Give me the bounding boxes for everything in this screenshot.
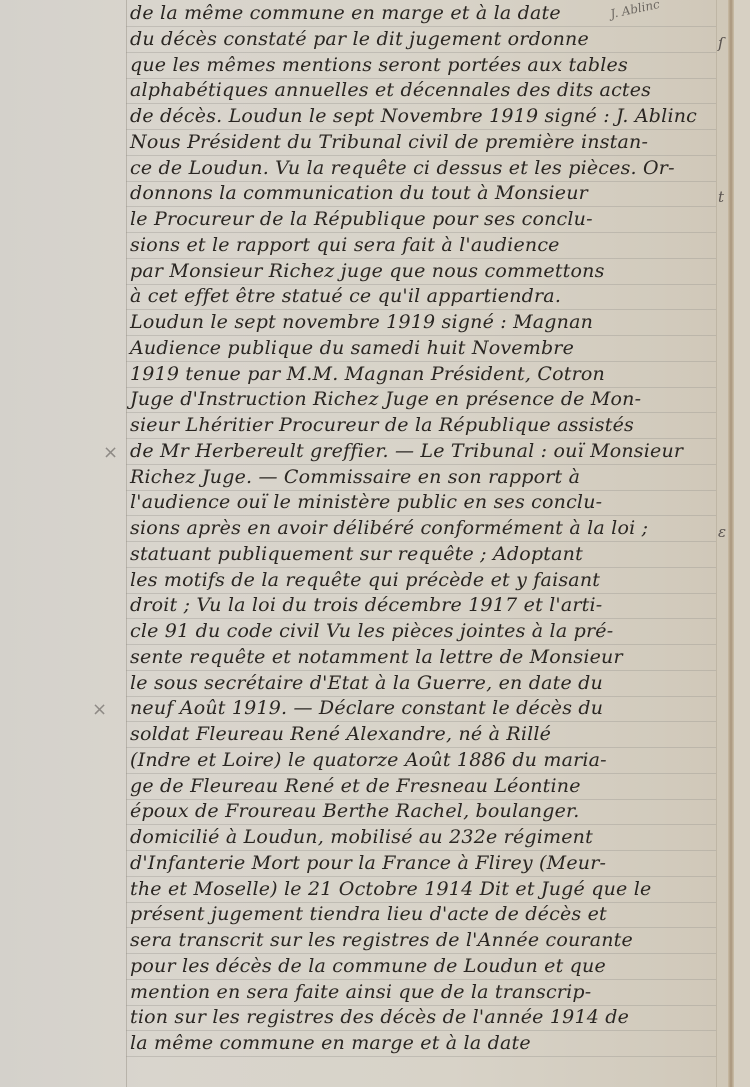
text-line: d'Infanterie Mort pour la France à Flire… — [130, 852, 606, 874]
top-annotation: J. Ablinc — [609, 0, 661, 21]
text-line: présent jugement tiendra lieu d'acte de … — [130, 903, 607, 925]
text-line: alphabétiques annuelles et décennales de… — [130, 79, 651, 101]
text-line: Audience publique du samedi huit Novembr… — [130, 337, 574, 359]
text-line: statuant publiquement sur requête ; Adop… — [130, 543, 583, 565]
right-margin-rule — [716, 0, 717, 1087]
text-line: pour les décès de la commune de Loudun e… — [130, 955, 606, 977]
text-line: the et Moselle) le 21 Octobre 1914 Dit e… — [130, 878, 651, 900]
text-line: sera transcrit sur les registres de l'An… — [130, 929, 633, 951]
text-line: donnons la communication du tout à Monsi… — [130, 182, 588, 204]
register-page: J. Ablinc de la même commune en marge et… — [0, 0, 750, 1087]
text-line: le Procureur de la République pour ses c… — [130, 208, 593, 230]
right-margin-mark: ε — [718, 523, 726, 541]
text-line: que les mêmes mentions seront portées au… — [130, 54, 628, 76]
right-margin-mark: t — [718, 188, 724, 206]
text-line: domicilié à Loudun, mobilisé au 232e rég… — [130, 826, 593, 848]
text-line: sieur Lhéritier Procureur de la Républiq… — [130, 414, 634, 436]
text-line: de décès. Loudun le sept Novembre 1919 s… — [130, 105, 697, 127]
text-line: (Indre et Loire) le quatorze Août 1886 d… — [130, 749, 607, 771]
text-line: mention en sera faite ainsi que de la tr… — [130, 981, 591, 1003]
text-line: ce de Loudun. Vu la requête ci dessus et… — [130, 157, 675, 179]
text-line: le sous secrétaire d'Etat à la Guerre, e… — [130, 672, 603, 694]
text-line: à cet effet être statué ce qu'il apparti… — [130, 285, 561, 307]
text-line: de Mr Herbereult greffier. — Le Tribunal… — [130, 440, 683, 462]
text-line: l'audience ouï le ministère public en se… — [130, 491, 602, 513]
margin-cross-mark: × — [92, 699, 107, 720]
text-line: époux de Froureau Berthe Rachel, boulang… — [130, 800, 579, 822]
text-line: Richez Juge. — Commissaire en son rappor… — [130, 466, 580, 488]
text-line: neuf Août 1919. — Déclare constant le dé… — [130, 697, 603, 719]
text-line: droit ; Vu la loi du trois décembre 1917… — [130, 594, 602, 616]
text-line: du décès constaté par le dit jugement or… — [130, 28, 589, 50]
text-line: sions et le rapport qui sera fait à l'au… — [130, 234, 560, 256]
text-line: Nous Président du Tribunal civil de prem… — [130, 131, 648, 153]
text-line: Loudun le sept novembre 1919 signé : Mag… — [130, 311, 593, 333]
text-line: cle 91 du code civil Vu les pièces joint… — [130, 620, 613, 642]
text-line: par Monsieur Richez juge que nous commet… — [130, 260, 605, 282]
ruling-line — [126, 1056, 716, 1057]
text-line: Juge d'Instruction Richez Juge en présen… — [130, 388, 641, 410]
adjacent-page-edge — [734, 0, 750, 1087]
text-line: de la même commune en marge et à la date — [130, 2, 561, 24]
text-line: ge de Fleureau René et de Fresneau Léont… — [130, 775, 581, 797]
text-line: soldat Fleureau René Alexandre, né à Ril… — [130, 723, 551, 745]
text-line: sions après en avoir délibéré conforméme… — [130, 517, 648, 539]
margin-cross-mark: × — [103, 442, 118, 463]
text-line: 1919 tenue par M.M. Magnan Président, Co… — [130, 363, 605, 385]
text-line: les motifs de la requête qui précède et … — [130, 569, 600, 591]
right-margin-mark: ſ — [718, 34, 724, 52]
text-line: sente requête et notamment la lettre de … — [130, 646, 623, 668]
text-line: la même commune en marge et à la date — [130, 1032, 531, 1054]
left-margin-rule — [126, 0, 127, 1087]
text-line: tion sur les registres des décès de l'an… — [130, 1006, 629, 1028]
